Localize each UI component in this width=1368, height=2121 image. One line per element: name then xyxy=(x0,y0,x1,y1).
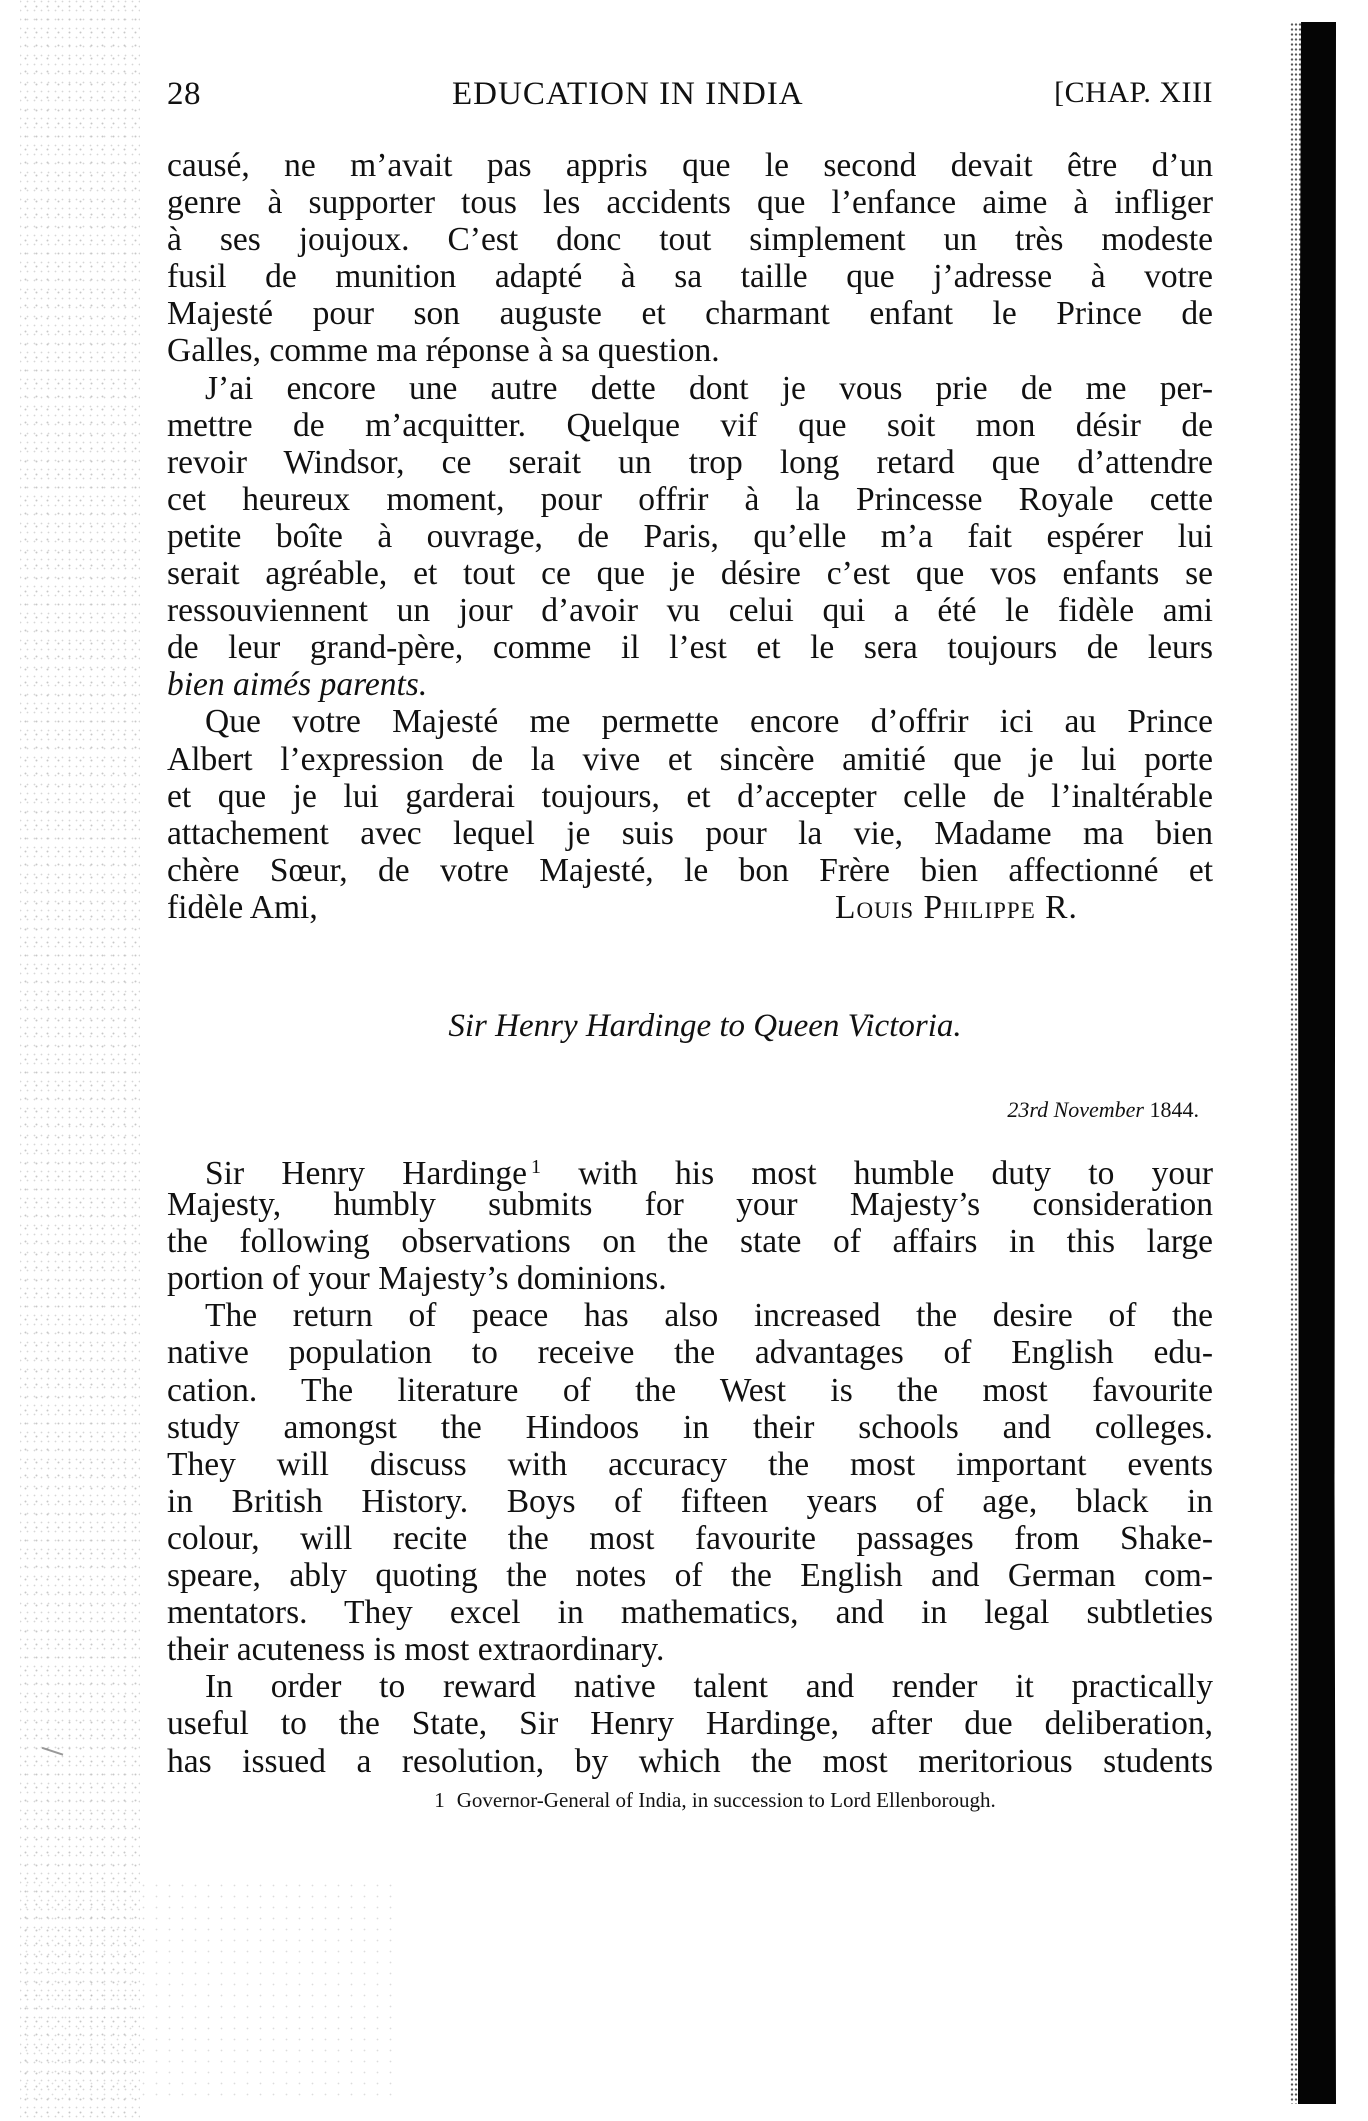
text-line: Majesté pour son auguste et charmant enf… xyxy=(167,295,1213,332)
text-line: has issued a resolution, by which the mo… xyxy=(167,1743,1213,1780)
text-line: their acuteness is most extraordinary. xyxy=(167,1631,1213,1668)
text-line: colour, will recite the most favourite p… xyxy=(167,1520,1213,1557)
text-line: mentators. They excel in mathematics, an… xyxy=(167,1594,1213,1631)
scan-speckle-bottom xyxy=(20,1880,400,2100)
text-line: study amongst the Hindoos in their schoo… xyxy=(167,1409,1213,1446)
text-line: serait agréable, et tout ce que je désir… xyxy=(167,555,1213,592)
text-line: petite boîte à ouvrage, de Paris, qu’ell… xyxy=(167,518,1213,555)
text-line: causé, ne m’avait pas appris que le seco… xyxy=(167,147,1213,184)
text-line: mettre de m’acquitter. Quelque vif que s… xyxy=(167,407,1213,444)
text-line: cation. The literature of the West is th… xyxy=(167,1372,1213,1409)
closing-salutation: fidèle Ami, xyxy=(167,889,318,926)
paragraph-start-line: Sir Henry Hardinge1 with his most humble… xyxy=(167,1149,1213,1186)
text-line: attachement avec lequel je suis pour la … xyxy=(167,815,1213,852)
text-line: cet heureux moment, pour offrir à la Pri… xyxy=(167,481,1213,518)
text-line: ressouviennent un jour d’avoir vu celui … xyxy=(167,592,1213,629)
text-line: genre à supporter tous les accidents que… xyxy=(167,184,1213,221)
paragraph-start-line: Que votre Majesté me permette encore d’o… xyxy=(167,703,1213,740)
text-line: Galles, comme ma réponse à sa question. xyxy=(167,332,1213,369)
running-title: EDUCATION IN INDIA xyxy=(452,76,804,113)
scan-speckle-left xyxy=(20,0,140,2121)
text-line: fusil de munition adapté à sa taille que… xyxy=(167,258,1213,295)
text-line: native population to receive the advanta… xyxy=(167,1334,1213,1371)
text-line: useful to the State, Sir Henry Hardinge,… xyxy=(167,1705,1213,1742)
text-line: the following observations on the state … xyxy=(167,1223,1213,1260)
footnote-reference[interactable]: 1 xyxy=(531,1156,541,1178)
text-line: Majesty, humbly submits for your Majesty… xyxy=(167,1186,1213,1223)
footnote-number: 1 xyxy=(434,1788,445,1812)
footnote: 1Governor-General of India, in successio… xyxy=(167,1788,1213,1813)
text-line: chère Sœur, de votre Majesté, le bon Frè… xyxy=(167,852,1213,889)
text-line: Albert l’expression de la vive et sincèr… xyxy=(167,741,1213,778)
chapter-label: [CHAP. XIII xyxy=(1054,76,1213,110)
text-line: à ses joujoux. C’est donc tout simplemen… xyxy=(167,221,1213,258)
text-line: portion of your Majesty’s dominions. xyxy=(167,1260,1213,1297)
letter-heading: Sir Henry Hardinge to Queen Victoria. xyxy=(167,1008,1213,1045)
paragraph-start-line: The return of peace has also increased t… xyxy=(167,1297,1213,1334)
footnote-text: Governor-General of India, in succession… xyxy=(457,1788,996,1812)
text-line: revoir Windsor, ce serait un trop long r… xyxy=(167,444,1213,481)
text-line: de leur grand-père, comme il l’est et le… xyxy=(167,629,1213,666)
text-line: They will discuss with accuracy the most… xyxy=(167,1446,1213,1483)
running-head: 28 EDUCATION IN INDIA [CHAP. XIII xyxy=(167,76,1213,116)
text-line: bien aimés parents. xyxy=(167,666,1213,703)
paragraph-start-line: J’ai encore une autre dette dont je vous… xyxy=(167,370,1213,407)
paragraph-start-line: In order to reward native talent and ren… xyxy=(167,1668,1213,1705)
letter-hardinge-text: Sir Henry Hardinge1 with his most humble… xyxy=(167,1149,1213,1780)
dateline: 23rd November 1844. xyxy=(1007,1097,1199,1123)
date-year: 1844. xyxy=(1150,1097,1200,1122)
text-line: in British History. Boys of fifteen year… xyxy=(167,1483,1213,1520)
date-day: 23rd November xyxy=(1007,1097,1144,1122)
letter-louis-philippe-text: causé, ne m’avait pas appris que le seco… xyxy=(167,147,1213,926)
signature: Louis Philippe R. xyxy=(835,889,1078,926)
closing-row: fidèle Ami, Louis Philippe R. xyxy=(167,889,1213,926)
page-number: 28 xyxy=(167,76,201,113)
text-line: et que je lui garderai toujours, et d’ac… xyxy=(167,778,1213,815)
text-line: speare, ably quoting the notes of the En… xyxy=(167,1557,1213,1594)
book-binding-strip xyxy=(1298,22,1336,2104)
